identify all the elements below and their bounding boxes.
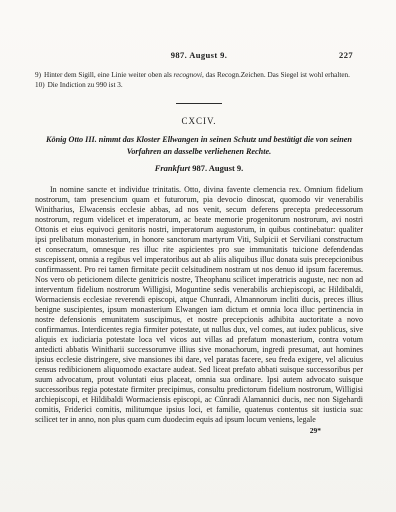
- charter-dateline: Frankfurt 987. August 9.: [35, 163, 363, 173]
- charter-body-text: In nomine sancte et individue trinitatis…: [35, 185, 363, 425]
- footnote-number: 10): [35, 81, 45, 89]
- charter-number-heading: CXCIV.: [35, 116, 363, 126]
- page-number: 227: [339, 50, 353, 60]
- charter-summary: König Otto III. nimmt das Kloster Ellwan…: [40, 134, 358, 157]
- dateline-place: Frankfurt: [155, 163, 190, 173]
- footnote-italic-term: recognovi: [174, 71, 202, 79]
- dateline-date: 987. August 9.: [192, 163, 243, 173]
- footnote-text-segment: Hinter dem Sigill, eine Linie weiter obe…: [44, 71, 174, 79]
- running-head: 987. August 9. 227: [35, 50, 363, 60]
- running-head-date: 987. August 9.: [171, 50, 228, 60]
- signature-mark: 29*: [35, 426, 363, 435]
- footnote-number: 9): [35, 71, 41, 79]
- footnote-item: 9)Hinter dem Sigill, eine Linie weiter o…: [35, 71, 363, 81]
- section-divider: [176, 103, 222, 104]
- footnotes-block: 9)Hinter dem Sigill, eine Linie weiter o…: [35, 71, 363, 90]
- footnote-item: 10)Die Indiction zu 990 ist 3.: [35, 81, 363, 91]
- scanned-book-page: 987. August 9. 227 9)Hinter dem Sigill, …: [0, 0, 396, 512]
- footnote-text: Hinter dem Sigill, eine Linie weiter obe…: [44, 71, 350, 79]
- footnote-text-segment: , das Recogn.Zeichen. Das Siegel ist woh…: [202, 71, 350, 79]
- footnote-text: Die Indiction zu 990 ist 3.: [48, 81, 123, 89]
